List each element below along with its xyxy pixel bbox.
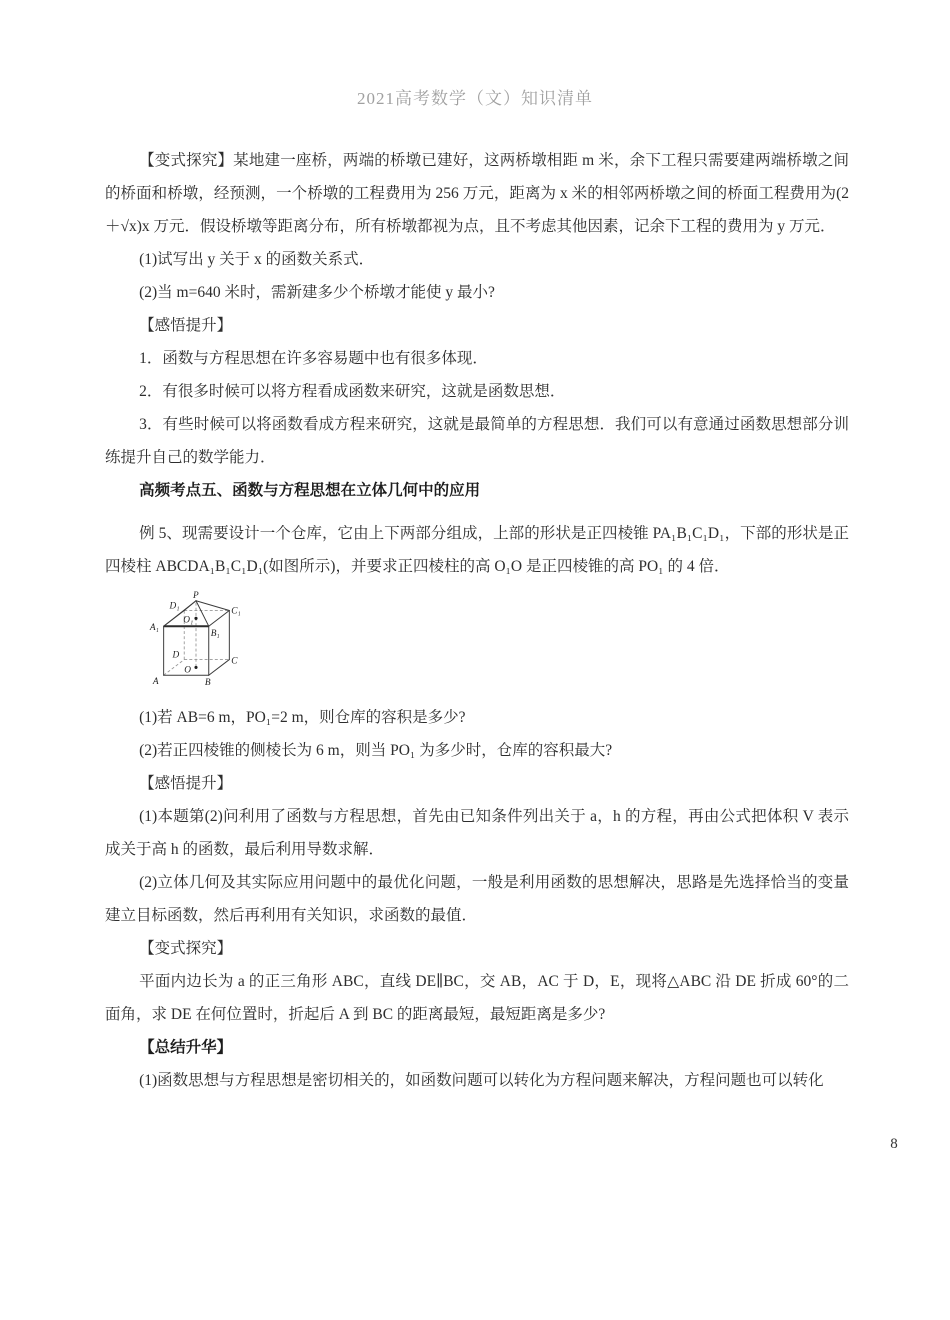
paragraph-warehouse-question-1: (1)若 AB=6 m，PO₁=2 m，则仓库的容积是多少? (105, 701, 849, 734)
paragraph-insight-point-1: 1．函数与方程思想在许多容易题中也有很多体现． (105, 342, 849, 375)
paragraph-warehouse-insight-1: (1)本题第(2)问利用了函数与方程思想，首先由已知条件列出关于 a，h 的方程… (105, 800, 849, 866)
label-a: A (152, 677, 159, 687)
label-p: P (192, 591, 199, 601)
center-dot-o (194, 666, 197, 669)
paragraph-triangle-fold-problem: 平面内边长为 a 的正三角形 ABC，直线 DE∥BC，交 AB，AC 于 D，… (105, 965, 849, 1031)
warehouse-figure: P D₁ C₁ O₁ A₁ B₁ D C O A B (135, 587, 257, 687)
label-d1: D₁ (169, 602, 180, 612)
document-body: 【变式探究】某地建一座桥，两端的桥墩已建好，这两桥墩相距 m 米，余下工程只需要… (105, 144, 849, 1097)
paragraph-bridge-question-1: (1)试写出 y 关于 x 的函数关系式． (105, 243, 849, 276)
paragraph-variant-exploration-header-2: 【变式探究】 (105, 932, 849, 965)
label-o1: O₁ (183, 615, 193, 625)
label-b1: B₁ (211, 629, 220, 639)
paragraph-variant-exploration-bridge: 【变式探究】某地建一座桥，两端的桥墩已建好，这两桥墩相距 m 米，余下工程只需要… (105, 144, 849, 243)
paragraph-insight-point-2: 2．有很多时候可以将方程看成函数来研究，这就是函数思想． (105, 375, 849, 408)
vertex-labels: P D₁ C₁ O₁ A₁ B₁ D C O A B (149, 591, 241, 687)
paragraph-warehouse-question-2: (2)若正四棱锥的侧棱长为 6 m，则当 PO₁ 为多少时，仓库的容积最大? (105, 734, 849, 767)
label-b: B (205, 678, 211, 687)
paragraph-insight-header-2: 【感悟提升】 (105, 767, 849, 800)
label-c1: C₁ (231, 606, 240, 616)
document-page: 2021高考数学（文）知识清单 【变式探究】某地建一座桥，两端的桥墩已建好，这两… (0, 0, 950, 1320)
paragraph-warehouse-insight-2: (2)立体几何及其实际应用问题中的最优化问题，一般是利用函数的思想解决，思路是先… (105, 866, 849, 932)
paragraph-insight-point-3: 3．有些时候可以将函数看成方程来研究，这就是最简单的方程思想．我们可以有意通过函… (105, 408, 849, 474)
page-title: 2021高考数学（文）知识清单 (0, 84, 950, 109)
prism-edges (164, 611, 230, 676)
paragraph-summary-point-1: (1)函数思想与方程思想是密切相关的，如函数问题可以转化为方程问题来解决，方程问… (105, 1064, 849, 1097)
paragraph-example-5: 例 5、现需要设计一个仓库，它由上下两部分组成，上部的形状是正四棱锥 PA₁B₁… (105, 517, 849, 583)
page-number: 8 (884, 1136, 904, 1153)
heading-summary: 【总结升华】 (105, 1031, 849, 1064)
center-dot-o1 (194, 617, 197, 620)
label-a1: A₁ (149, 623, 159, 633)
paragraph-insight-header-1: 【感悟提升】 (105, 309, 849, 342)
paragraph-bridge-question-2: (2)当 m=640 米时，需新建多少个桥墩才能使 y 最小? (105, 276, 849, 309)
warehouse-solid-figure: P D₁ C₁ O₁ A₁ B₁ D C O A B (135, 587, 257, 687)
label-o: O (184, 665, 191, 675)
heading-hot-topic-5: 高频考点五、函数与方程思想在立体几何中的应用 (105, 474, 849, 507)
label-c: C (231, 656, 238, 666)
label-d: D (171, 651, 179, 661)
